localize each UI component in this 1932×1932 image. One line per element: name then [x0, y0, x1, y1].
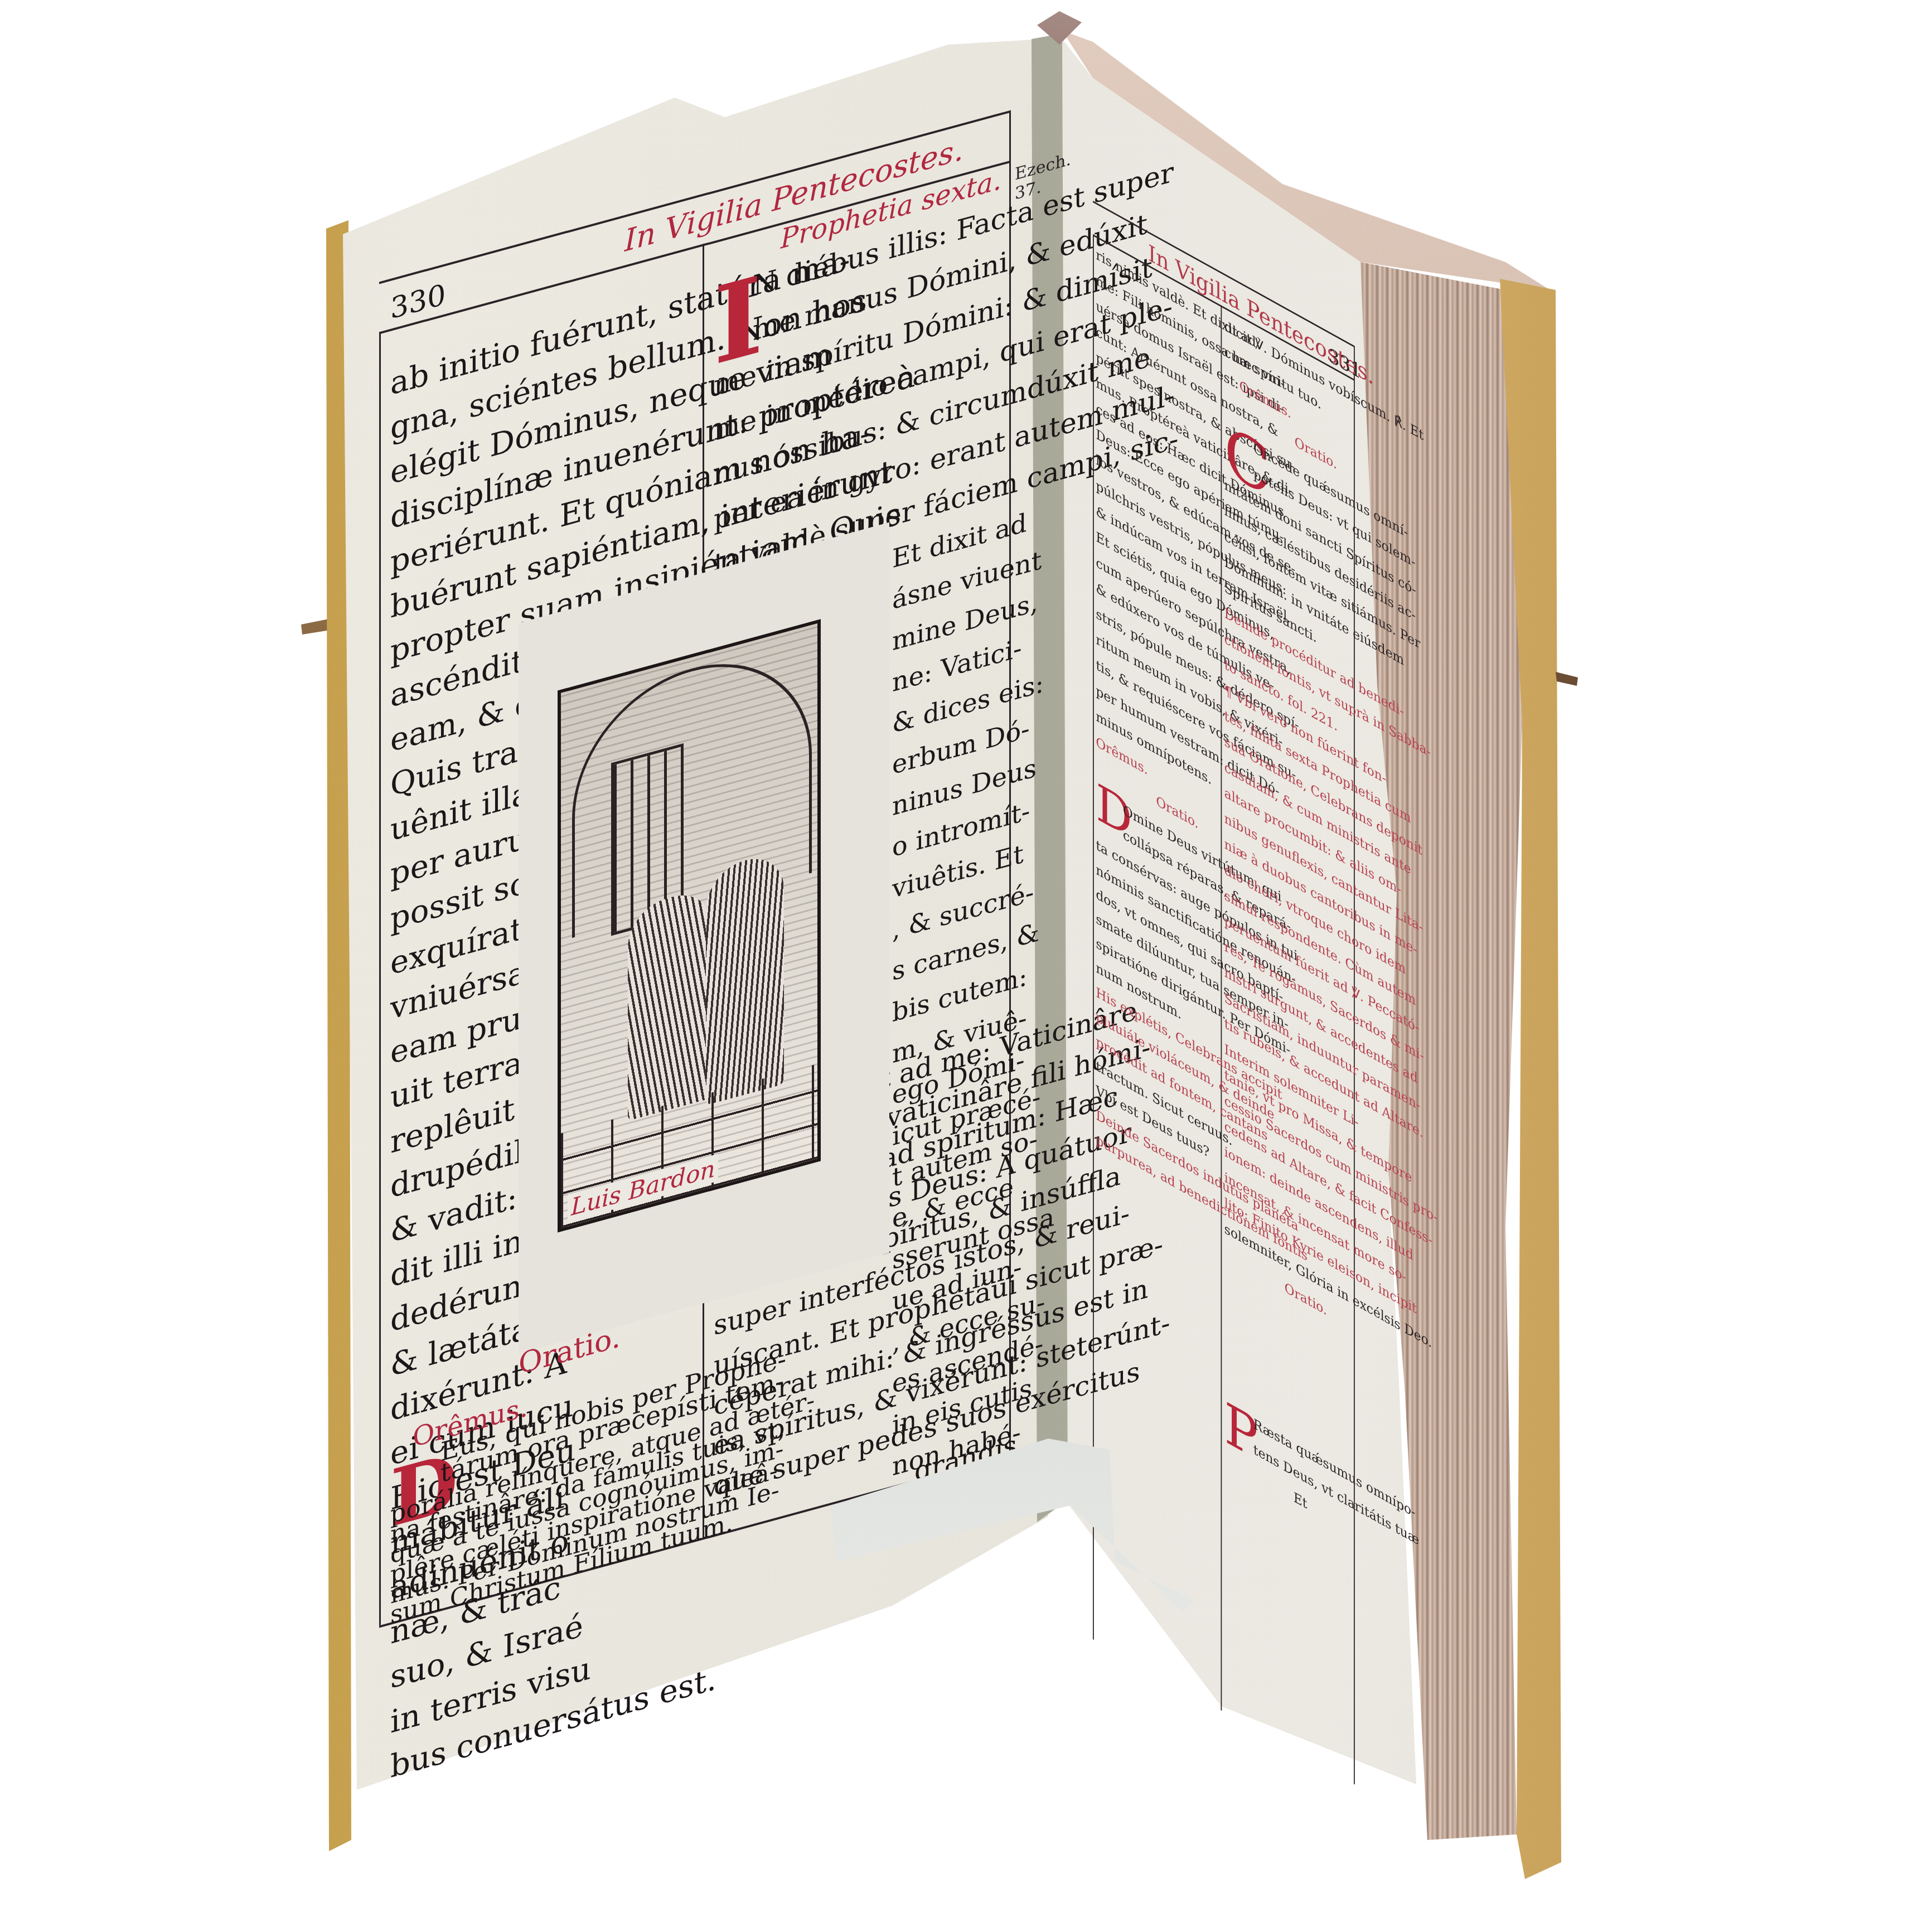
woodcut-figure-standing-youth [706, 850, 784, 1105]
left-page-text-block: 330 In Vigilia Pentecostes. Prophetia se… [390, 172, 1032, 1673]
right-frame-left-rule [1093, 234, 1094, 1640]
woodcut-illustration: Luis Bardon [558, 619, 821, 1232]
frame-left-rule [379, 332, 381, 1626]
right-right-oratio-cont: nitátem doni sancti Spíritus có- límus, … [1224, 472, 1437, 1385]
book-photo-scene: 330 In Vigilia Pentecostes. Prophetia se… [0, 0, 1932, 1932]
right-page-text-block: In Vigilia Pentecostes. 331 ris nimis va… [1093, 206, 1364, 1862]
woodcut-figure-seated-scholar [628, 887, 711, 1121]
